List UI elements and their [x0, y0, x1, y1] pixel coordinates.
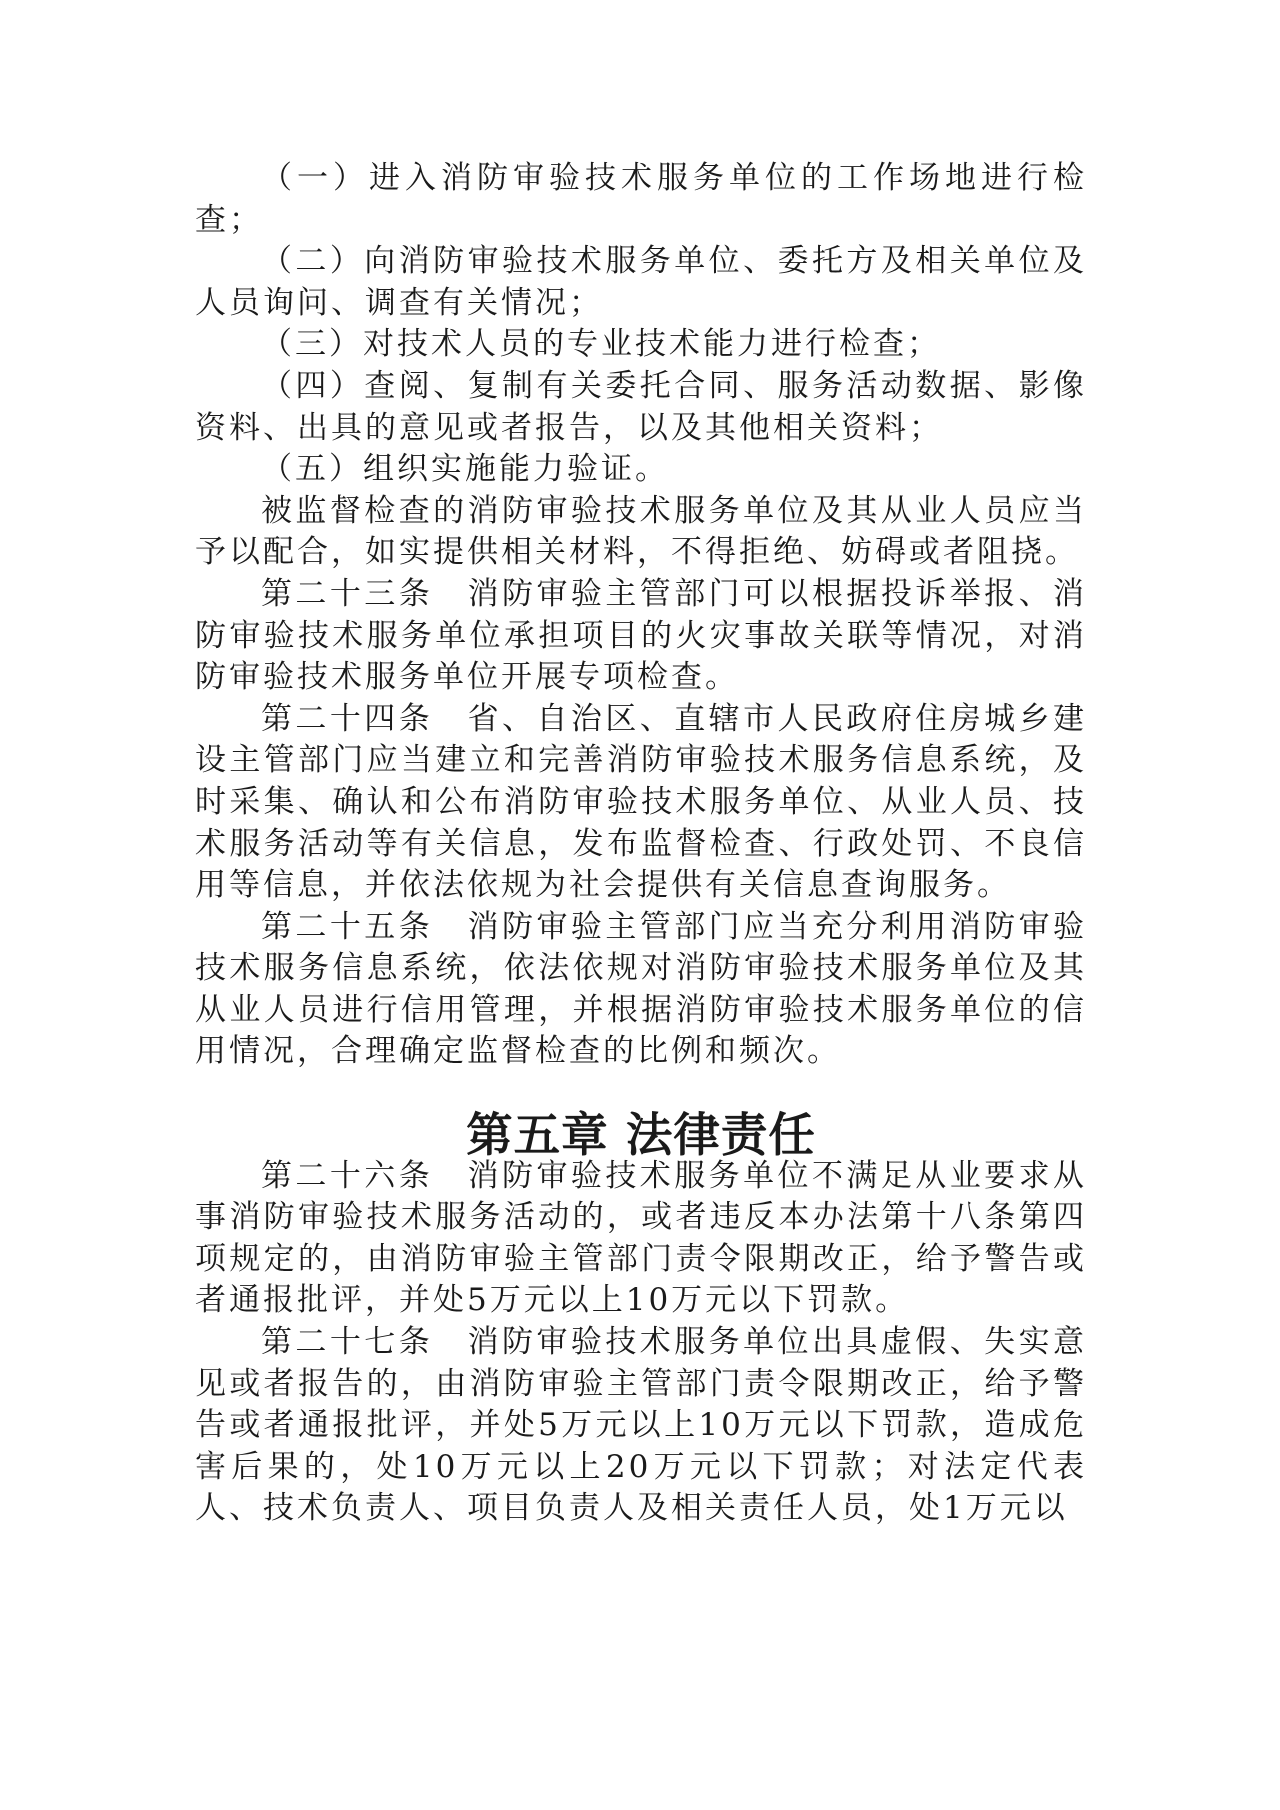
document-page: （一）进入消防审验技术服务单位的工作场地进行检查； （二）向消防审验技术服务单位… — [195, 158, 1087, 1530]
list-item-2: （二）向消防审验技术服务单位、委托方及相关单位及人员询问、调查有关情况； — [195, 241, 1087, 324]
article-25: 第二十五条 消防审验主管部门应当充分利用消防审验技术服务信息系统，依法依规对消防… — [195, 907, 1087, 1073]
article-23: 第二十三条 消防审验主管部门可以根据投诉举报、消防审验技术服务单位承担项目的火灾… — [195, 574, 1087, 699]
list-item-5: （五）组织实施能力验证。 — [195, 449, 1087, 491]
article-26: 第二十六条 消防审验技术服务单位不满足从业要求从事消防审验技术服务活动的，或者违… — [195, 1156, 1087, 1322]
cooperation-paragraph: 被监督检查的消防审验技术服务单位及其从业人员应当予以配合，如实提供相关材料，不得… — [195, 491, 1087, 574]
chapter-heading: 第五章 法律责任 — [195, 1073, 1087, 1156]
article-27: 第二十七条 消防审验技术服务单位出具虚假、失实意见或者报告的，由消防审验主管部门… — [195, 1322, 1087, 1530]
list-item-4: （四）查阅、复制有关委托合同、服务活动数据、影像资料、出具的意见或者报告，以及其… — [195, 366, 1087, 449]
list-item-3: （三）对技术人员的专业技术能力进行检查； — [195, 324, 1087, 366]
list-item-1: （一）进入消防审验技术服务单位的工作场地进行检查； — [195, 158, 1087, 241]
article-24: 第二十四条 省、自治区、直辖市人民政府住房城乡建设主管部门应当建立和完善消防审验… — [195, 699, 1087, 907]
